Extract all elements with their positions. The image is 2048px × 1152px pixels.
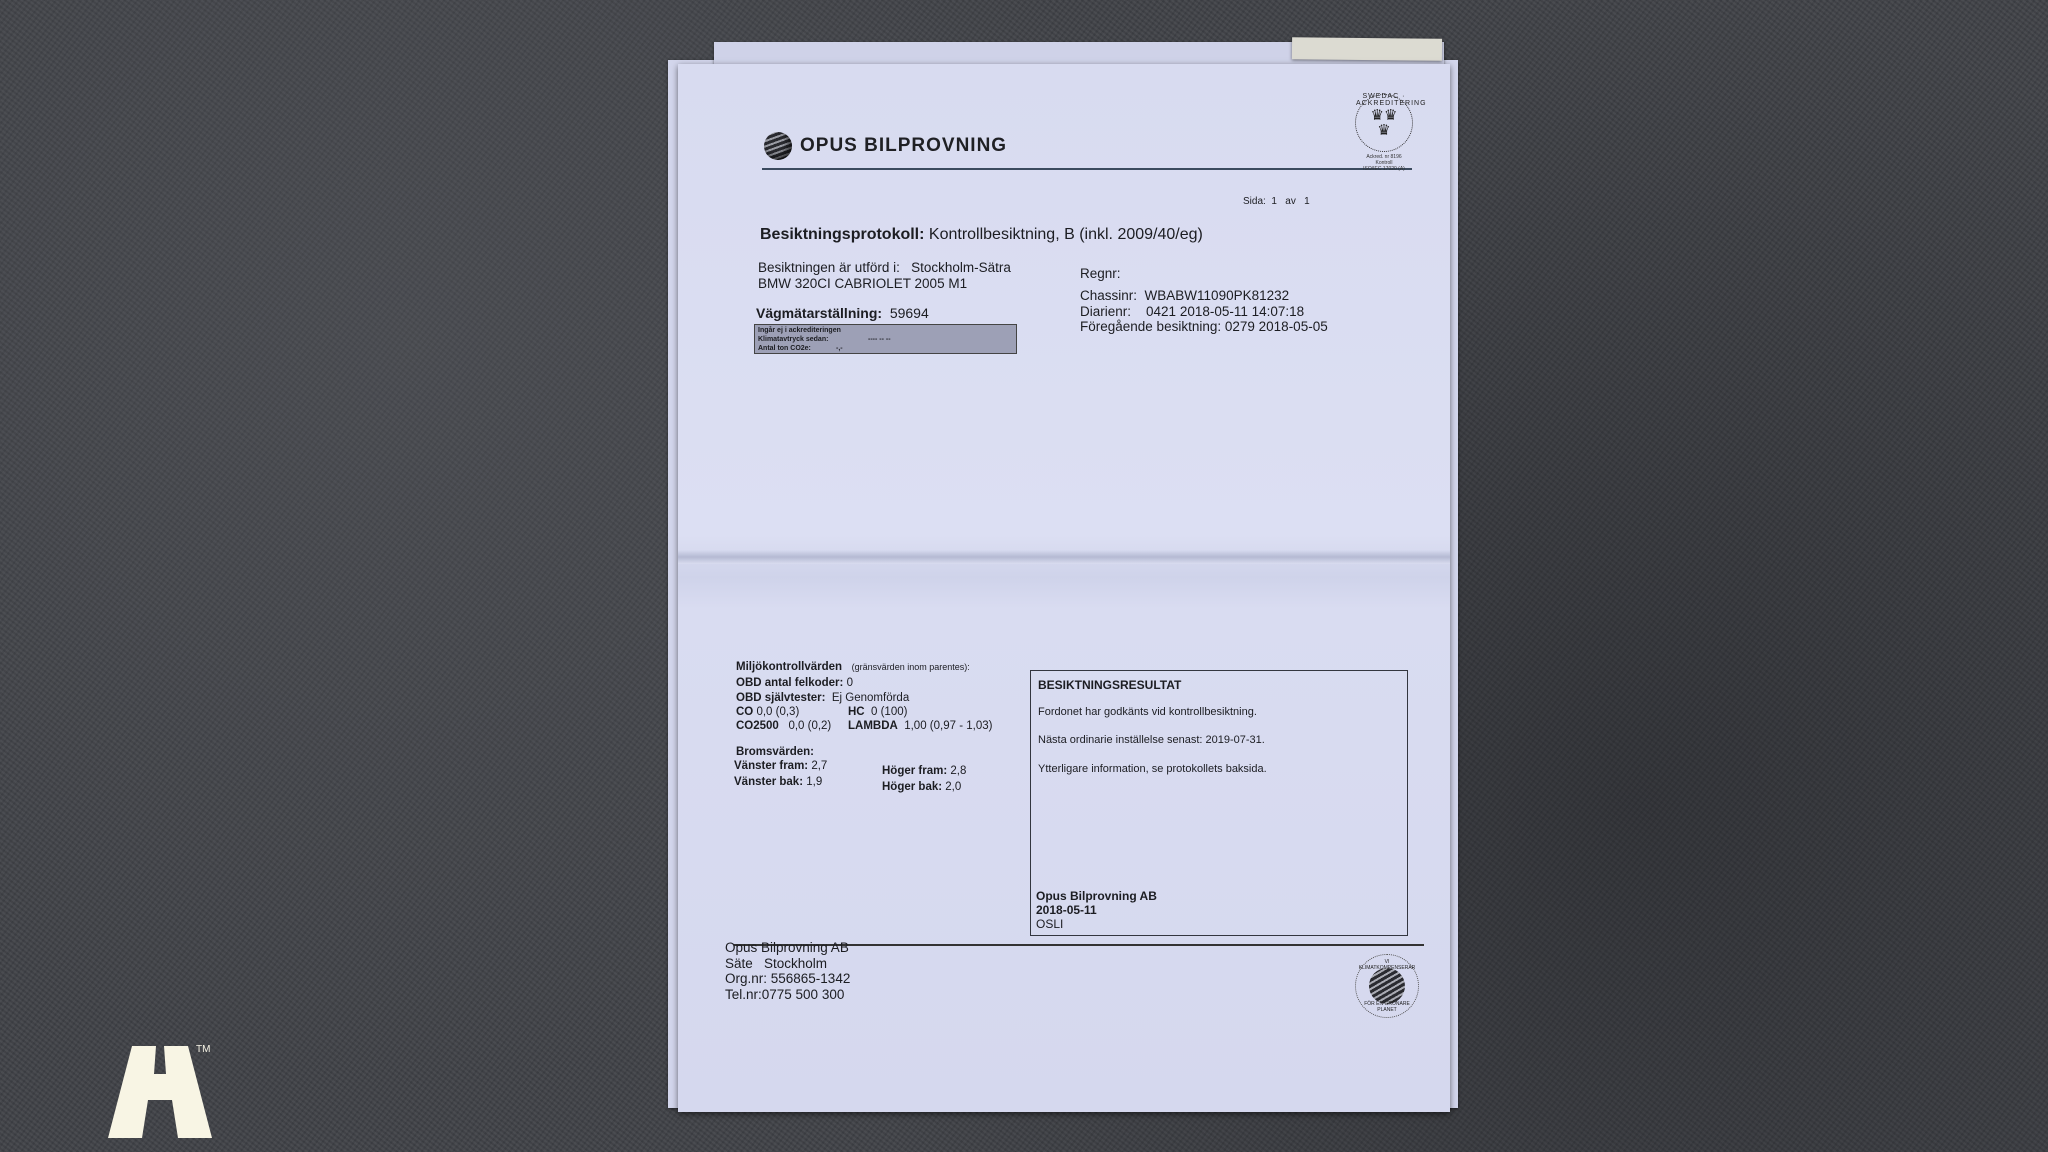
brakes-heading: Bromsvärden: (736, 745, 814, 759)
brake-left-front: Vänster fram: 2,7 (734, 759, 827, 773)
co2500-value: CO2500 0,0 (0,2) (736, 719, 831, 733)
underlying-sheet-tab (1292, 37, 1442, 61)
previous-inspection: Föregående besiktning: 0279 2018-05-05 (1080, 319, 1328, 334)
paper-fold (678, 550, 1450, 564)
brake-right-rear: Höger bak: 2,0 (882, 780, 961, 794)
footer-company-info: Opus Bilprovning AB Säte Stockholm Org.n… (725, 940, 850, 1002)
environment-heading: Miljökontrollvärden (gränsvärden inom pa… (736, 660, 970, 674)
signer-date: 2018-05-11 (1036, 903, 1097, 917)
odometer-reading: Vägmätarställning: 59694 (756, 306, 929, 321)
footer-seat: Säte Stockholm (725, 956, 850, 972)
obd-fault-codes: OBD antal felkoder: 0 (736, 676, 853, 690)
result-more-info: Ytterligare information, se protokollets… (1038, 763, 1267, 775)
brake-left-rear: Vänster bak: 1,9 (734, 775, 822, 789)
hc-value: HC 0 (100) (848, 705, 907, 719)
swedac-seal-icon: SWEDAC · ACKREDITERING ♛♛♛ (1355, 94, 1413, 152)
result-approved: Fordonet har godkänts vid kontrollbesikt… (1038, 706, 1257, 718)
header-divider (762, 168, 1412, 170)
diary-number: Diarienr: 0421 2018-05-11 14:07:18 (1080, 304, 1304, 319)
footer-phone: Tel.nr:0775 500 300 (725, 987, 850, 1003)
company-logo-text: OPUS BILPROVNING (800, 135, 1007, 157)
trademark-mark: TM (196, 1044, 210, 1055)
obd-self-tests: OBD självtester: Ej Genomförda (736, 691, 909, 705)
result-next-inspection: Nästa ordinarie inställelse senast: 2019… (1038, 734, 1265, 746)
footer-company-name: Opus Bilprovning AB (725, 940, 850, 956)
h-logo-icon (108, 1046, 212, 1138)
climate-compensation-seal: VI KLIMATKOMPENSERAR FÖR EN GRÖNARE PLAN… (1355, 954, 1419, 1018)
document-title: Besiktningsprotokoll: Kontrollbesiktning… (760, 226, 1203, 244)
globe-icon (1369, 968, 1405, 1004)
swedac-accreditation-seal: SWEDAC · ACKREDITERING ♛♛♛ Ackred. nr 81… (1348, 94, 1420, 172)
vehicle-description: BMW 320CI CABRIOLET 2005 M1 (758, 276, 967, 291)
brake-right-front: Höger fram: 2,8 (882, 764, 966, 778)
three-crowns-icon: ♛♛♛ (1371, 108, 1398, 138)
company-logo: OPUS BILPROVNING (764, 132, 1007, 160)
co-value: CO 0,0 (0,3) (736, 705, 799, 719)
chassis-number: Chassinr: WBABW11090PK81232 (1080, 288, 1289, 303)
page-indicator: Sida: 1 av 1 (1243, 196, 1310, 207)
lambda-value: LAMBDA 1,00 (0,97 - 1,03) (848, 719, 992, 733)
signer-company: Opus Bilprovning AB (1036, 889, 1157, 903)
inspection-protocol-page: OPUS BILPROVNING SWEDAC · ACKREDITERING … (678, 64, 1450, 1112)
globe-logo-icon (764, 132, 792, 160)
climate-footprint-box: Ingår ej i ackrediteringen Klimatavtryck… (754, 324, 1017, 354)
watermark-logo (108, 1046, 212, 1138)
signer-id: OSLI (1036, 917, 1063, 931)
registration-number: Regnr: (1080, 266, 1121, 281)
accreditation-standard: ISO/IEC 17020 (A) (1348, 166, 1420, 172)
footer-org-number: Org.nr: 556865-1342 (725, 971, 850, 987)
result-heading: BESIKTNINGSRESULTAT (1038, 678, 1181, 692)
inspection-result-box: BESIKTNINGSRESULTAT Fordonet har godkänt… (1030, 670, 1408, 936)
inspection-location: Besiktningen är utförd i: Stockholm-Sätr… (758, 260, 1011, 275)
